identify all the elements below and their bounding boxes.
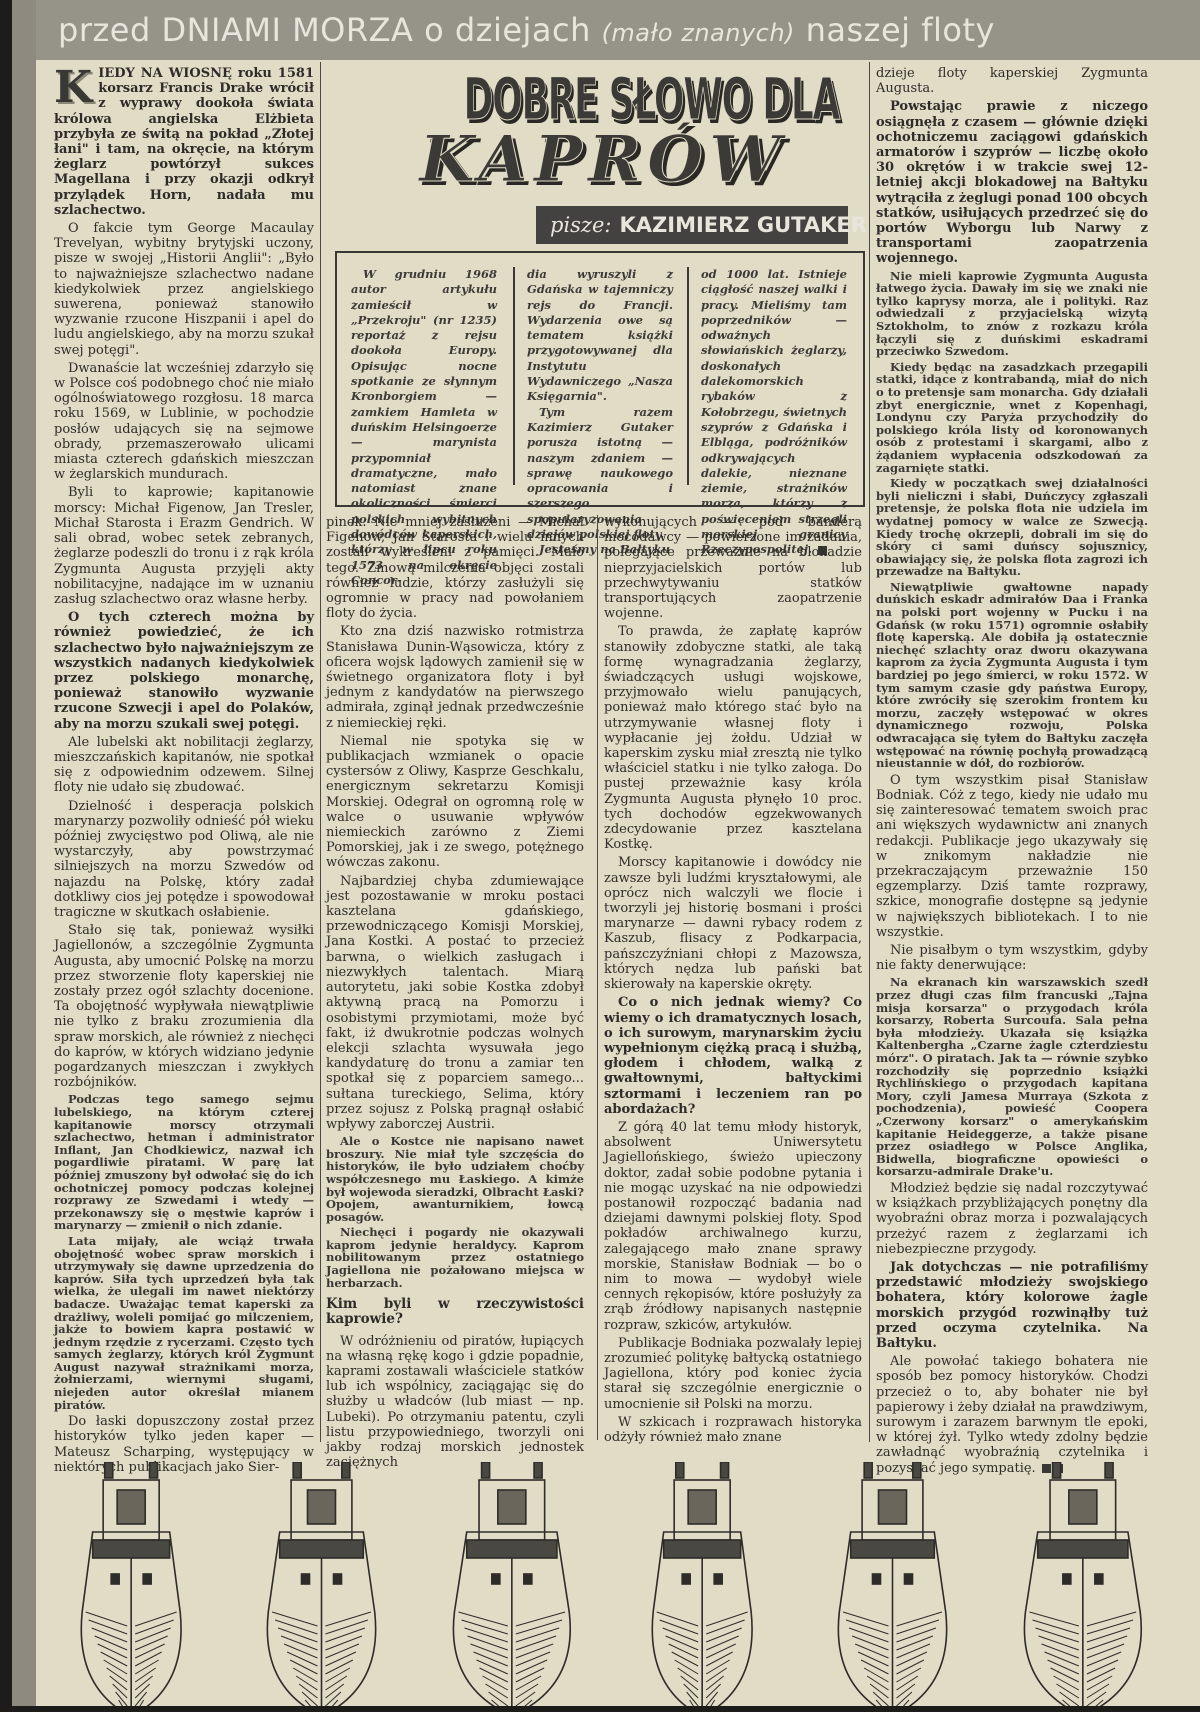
article-title: DOBRE SŁOWO DLA KAPRÓW bbox=[378, 68, 828, 192]
paragraph: pinek. Nie mniej zasłużeni — Michał Fige… bbox=[326, 515, 584, 621]
paragraph: wykonujących — pod banderą mocodawcy — p… bbox=[604, 515, 862, 621]
column-rule bbox=[320, 62, 321, 1442]
column-rule bbox=[597, 515, 598, 1440]
ship-stern-drawing bbox=[1024, 1462, 1141, 1712]
paragraph: Co o nich jednak wiemy? Co wiemy o ich d… bbox=[604, 995, 862, 1117]
paragraph: Niechęci i pogardy nie okazywali kaprom … bbox=[326, 1226, 584, 1289]
drop-cap: K bbox=[54, 68, 92, 108]
paragraph: Kto zna dziś nazwisko rotmistrza Stanisł… bbox=[326, 624, 584, 730]
intro-separator bbox=[687, 267, 689, 485]
author-name: KAZIMIERZ GUTAKER bbox=[620, 213, 867, 237]
paragraph: Lata mijały, ale wciąż trwała obojętność… bbox=[54, 1235, 314, 1411]
paragraph: Kiedy w początkach swej działalności byl… bbox=[876, 477, 1148, 578]
paragraph: Podczas tego samego sejmu lubelskiego, n… bbox=[54, 1093, 314, 1232]
paragraph: O fakcie tym George Macaulay Trevelyan, … bbox=[54, 221, 314, 358]
article-column-4: dzieje floty kaperskiej Zygmunta Augusta… bbox=[876, 66, 1148, 1479]
article-column-3: wykonujących — pod banderą mocodawcy — p… bbox=[604, 515, 862, 1448]
ship-stern-drawing bbox=[81, 1462, 181, 1712]
paragraph: Niemal nie spotyka się w publikacjach wz… bbox=[326, 734, 584, 871]
paragraph: Kim byli w rzeczywistości kaprowie? bbox=[326, 1297, 584, 1327]
paragraph: Z górą 40 lat temu młody historyk, absol… bbox=[604, 1120, 862, 1333]
paragraph: Dwanaście lat wcześniej zdarzyło się w P… bbox=[54, 361, 314, 483]
paragraph: Ale lubelski akt nobilitacji żeglarzy, m… bbox=[54, 735, 314, 796]
ship-stern-drawing bbox=[838, 1462, 946, 1712]
section-banner: przed DNIAMI MORZA o dziejach (mało znan… bbox=[36, 0, 1200, 60]
banner-text-end: naszej floty bbox=[795, 11, 995, 49]
byline-prefix: pisze: bbox=[550, 213, 612, 237]
paragraph: Byli to kaprowie; kapitanowie morscy: Mi… bbox=[54, 485, 314, 607]
banner-text: przed DNIAMI MORZA o dziejach bbox=[58, 11, 602, 49]
page-left-edge bbox=[12, 0, 36, 1712]
article-column-2: pinek. Nie mniej zasłużeni — Michał Fige… bbox=[326, 515, 584, 1473]
paragraph: Stało się tak, ponieważ wysiłki Jagiello… bbox=[54, 923, 314, 1090]
ship-stern-drawing bbox=[453, 1462, 570, 1712]
paragraph: W szkicach i rozprawach historyka odżyły… bbox=[604, 1415, 862, 1445]
paragraph: O tym wszystkim pisał Stanisław Bodniak.… bbox=[876, 773, 1148, 940]
paragraph: Nie mieli kaprowie Zygmunta Augusta łatw… bbox=[876, 270, 1148, 358]
banner-italic: (mało znanych) bbox=[602, 19, 795, 47]
paragraph: Powstając prawie z niczego osiągnęła z c… bbox=[876, 99, 1148, 266]
paragraph: Dzielność i desperacja polskich marynarz… bbox=[54, 799, 314, 921]
paragraph: W odróżnieniu od piratów, łupiących na w… bbox=[326, 1334, 584, 1471]
paragraph: Młodzież będzie się nadal rozczytywać w … bbox=[876, 1181, 1148, 1257]
paragraph: O tych czterech można by również powiedz… bbox=[54, 610, 314, 732]
page-bottom-edge bbox=[0, 1706, 1200, 1712]
ship-stern-drawing bbox=[267, 1462, 375, 1712]
paragraph: Nie pisałbym o tym wszystkim, gdyby nie … bbox=[876, 943, 1148, 973]
paragraph: Najbardziej chyba zdumiewające jest pozo… bbox=[326, 874, 584, 1132]
paragraph: Kiedy będąc na zasadzkach przegapili sta… bbox=[876, 361, 1148, 474]
paragraph: To prawda, że zapłatę kaprów stanowiły z… bbox=[604, 624, 862, 852]
paragraph: KIEDY NA WIOSNĘ roku 1581 korsarz Franci… bbox=[54, 66, 314, 218]
paragraph: Publikacje Bodniaka pozwalały lepiej zro… bbox=[604, 1336, 862, 1412]
paragraph: Morscy kapitanowie i dowódcy nie zawsze … bbox=[604, 855, 862, 992]
paragraph: Ale o Kostce nie napisano nawet broszury… bbox=[326, 1135, 584, 1223]
ships-illustration bbox=[36, 1462, 1178, 1712]
title-line-2: KAPRÓW bbox=[378, 128, 828, 192]
paragraph: Ale powołać takiego bohatera nie sposób … bbox=[876, 1354, 1148, 1476]
title-line-1: DOBRE SŁOWO DLA bbox=[464, 68, 743, 130]
intro-separator bbox=[513, 267, 515, 485]
article-column-1: KIEDY NA WIOSNĘ roku 1581 korsarz Franci… bbox=[54, 66, 314, 1478]
paragraph: dzieje floty kaperskiej Zygmunta Augusta… bbox=[876, 66, 1148, 96]
paragraph: Jak dotychczas — nie potrafiliśmy przeds… bbox=[876, 1260, 1148, 1351]
author-byline: pisze:KAZIMIERZ GUTAKER bbox=[536, 206, 848, 244]
ship-stern-drawing bbox=[652, 1462, 752, 1712]
intro-box: W grudniu 1968 autor artykułu zamieścił … bbox=[335, 251, 865, 507]
paragraph: Na ekranach kin warszawskich szedł przez… bbox=[876, 976, 1148, 1178]
paragraph: Niewątpliwie gwałtowne napady duńskich e… bbox=[876, 581, 1148, 770]
column-rule bbox=[869, 62, 870, 1442]
